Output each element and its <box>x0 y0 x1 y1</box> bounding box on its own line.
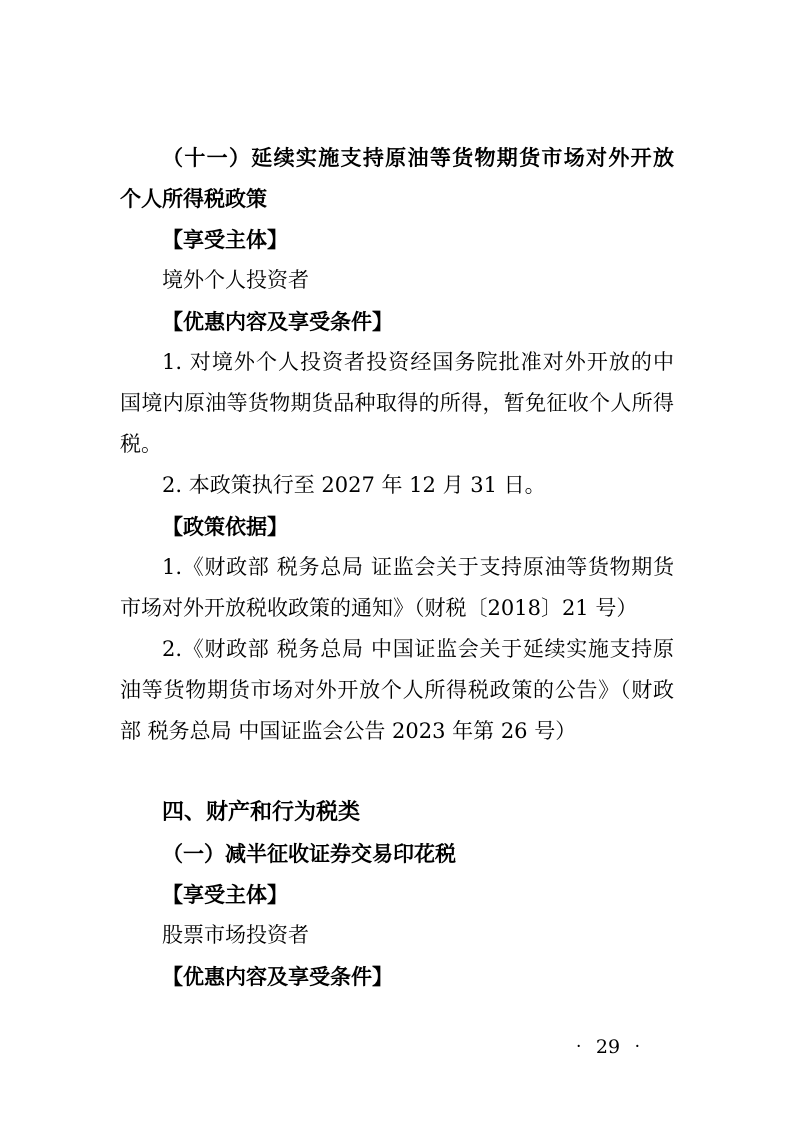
page-number: 29 <box>596 1035 620 1059</box>
benefit-item2: 2. 本政策执行至 2027 年 12 月 31 日。 <box>120 465 674 506</box>
document-page: （十一）延续实施支持原油等货物期货市场对外开放 个人所得税政策 【享受主体】 境… <box>0 0 794 1122</box>
footer-dot-left: · <box>576 1035 581 1059</box>
benefit-item1-line3: 税。 <box>120 424 674 465</box>
page-footer: · 29 · <box>576 1035 640 1059</box>
section-4-sub-heading: （一）减半征收证券交易印花税 <box>120 833 674 874</box>
section-11-title-line2: 个人所得税政策 <box>120 178 674 219</box>
basis-label: 【政策依据】 <box>120 506 674 547</box>
section-4-heading: 四、财产和行为税类 <box>120 792 674 833</box>
section-11-title-line1: （十一）延续实施支持原油等货物期货市场对外开放 <box>120 137 674 178</box>
section-4-benefit-label: 【优惠内容及享受条件】 <box>120 956 674 997</box>
basis-item2-line3: 部 税务总局 中国证监会公告 2023 年第 26 号） <box>120 711 674 752</box>
document-content: （十一）延续实施支持原油等货物期货市场对外开放 个人所得税政策 【享受主体】 境… <box>120 137 674 997</box>
basis-item2-line2: 油等货物期货市场对外开放个人所得税政策的公告》（财政 <box>120 670 674 711</box>
basis-item2-line1: 2.《财政部 税务总局 中国证监会关于延续实施支持原 <box>120 629 674 670</box>
benefit-item1-line1: 1. 对境外个人投资者投资经国务院批准对外开放的中 <box>120 342 674 383</box>
benefit-item1-line2: 国境内原油等货物期货品种取得的所得，暂免征收个人所得 <box>120 383 674 424</box>
section-gap <box>120 752 674 792</box>
basis-item1-line1: 1.《财政部 税务总局 证监会关于支持原油等货物期货 <box>120 547 674 588</box>
benefit-label: 【优惠内容及享受条件】 <box>120 301 674 342</box>
subject-text: 境外个人投资者 <box>120 260 674 301</box>
footer-dot-right: · <box>635 1035 640 1059</box>
section-4-subject-label: 【享受主体】 <box>120 874 674 915</box>
section-4-subject-text: 股票市场投资者 <box>120 915 674 956</box>
basis-item1-line2: 市场对外开放税收政策的通知》（财税〔2018〕21 号） <box>120 588 674 629</box>
subject-label: 【享受主体】 <box>120 219 674 260</box>
